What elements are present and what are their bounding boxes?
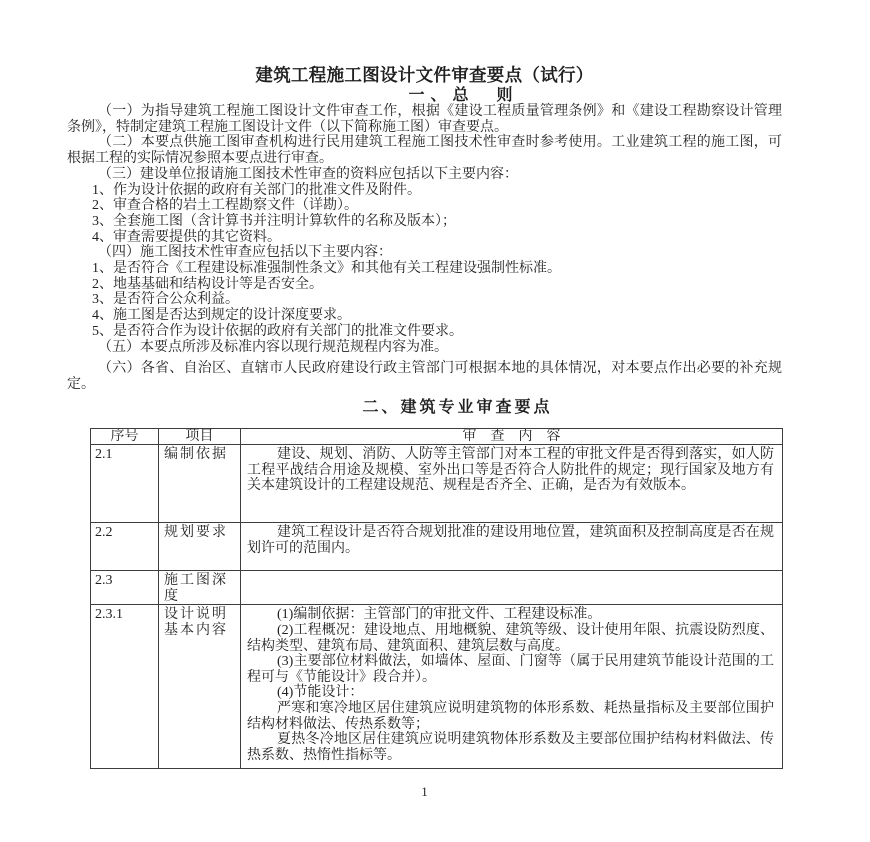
list-item-1: 1、作为设计依据的政府有关部门的批准文件及附件。 [67,183,782,199]
list-item-8: 4、施工图是否达到规定的设计深度要求。 [67,308,782,324]
list-item-4: 4、审查需要提供的其它资料。 [67,230,782,246]
paragraph-1: （一）为指导建筑工程施工图设计文件审查工作，根据《建设工程质量管理条例》和《建设… [67,104,782,135]
list-item-2: 2、审查合格的岩土工程勘察文件（详勘）。 [67,198,782,214]
content-paragraph: (4)节能设计： [247,685,774,701]
row-content-cell: 建设、规划、消防、人防等主管部门对本工程的审批文件是否得到落实，如人防工程平战结… [241,445,783,523]
document-page: 建筑工程施工图设计文件审查要点（试行） 一、总 则 （一）为指导建筑工程施工图设… [0,0,870,842]
table-row: 2.1 编制依据 建设、规划、消防、人防等主管部门对本工程的审批文件是否得到落实… [91,445,783,523]
list-item-6: 2、地基基础和结构设计等是否安全。 [67,277,782,293]
row-no-cell: 2.3 [91,571,159,605]
row-no-cell: 2.3.1 [91,605,159,769]
table-row: 2.2 规划要求 建筑工程设计是否符合规划批准的建设用地位置，建筑面积及控制高度… [91,523,783,571]
content-paragraph: 夏热冬冷地区居住建筑应说明建筑物体形系数及主要部位围护结构材料做法、传热系数、热… [247,732,774,763]
table-row: 2.3 施工图深度 [91,571,783,605]
content-paragraph: 建设、规划、消防、人防等主管部门对本工程的审批文件是否得到落实，如人防工程平战结… [247,447,774,494]
row-item-cell: 编制依据 [159,445,241,523]
list-item-5: 1、是否符合《工程建设标准强制性条文》和其他有关工程建设强制性标准。 [67,261,782,277]
paragraph-6: （六）各省、自治区、直辖市人民政府建设行政主管部门可根据本地的具体情况，对本要点… [67,361,782,392]
content-paragraph: (3)主要部位材料做法，如墙体、屋面、门窗等（属于民用建筑节能设计范围的工程可与… [247,654,774,685]
table-header-row: 序号 项目 审 查 内 容 [91,428,783,445]
paragraph-5: （五）本要点所涉及标准内容以现行规范规程内容为准。 [67,340,782,356]
page-number: 1 [67,784,782,799]
paragraph-3: （三）建设单位报请施工图技术性审查的资料应包括以下主要内容： [67,167,782,183]
section-heading-general: 一、总 则 [106,87,821,104]
table-row: 2.3.1 设计说明基本内容 (1)编制依据：主管部门的审批文件、工程建设标准。… [91,605,783,769]
row-content-cell-empty [241,571,783,605]
content-paragraph: (1)编制依据：主管部门的审批文件、工程建设标准。 [247,607,774,623]
content-paragraph: (2)工程概况：建设地点、用地概貌、建筑等级、设计使用年限、抗震设防烈度、结构类… [247,623,774,654]
row-content-cell: 建筑工程设计是否符合规划批准的建设用地位置，建筑面积及控制高度是否在规划许可的范… [241,523,783,571]
document-content: 建筑工程施工图设计文件审查要点（试行） 一、总 则 （一）为指导建筑工程施工图设… [0,0,870,799]
header-cell-item: 项目 [159,428,241,445]
list-item-7: 3、是否符合公众利益。 [67,292,782,308]
content-paragraph: 建筑工程设计是否符合规划批准的建设用地位置，建筑面积及控制高度是否在规划许可的范… [247,525,774,556]
paragraph-2: （二）本要点供施工图审查机构进行民用建筑工程施工图技术性审查时参考使用。工业建筑… [67,135,782,166]
row-no-cell: 2.1 [91,445,159,523]
header-cell-content: 审 查 内 容 [241,428,783,445]
section-heading-architecture: 二、建筑专业审查要点 [100,400,815,416]
row-content-cell: (1)编制依据：主管部门的审批文件、工程建设标准。 (2)工程概况：建设地点、用… [241,605,783,769]
paragraph-4: （四）施工图技术性审查应包括以下主要内容： [67,245,782,261]
row-item-cell: 施工图深度 [159,571,241,605]
row-item-cell: 设计说明基本内容 [159,605,241,769]
row-no-cell: 2.2 [91,523,159,571]
list-item-3: 3、全套施工图（含计算书并注明计算软件的名称及版本）； [67,214,782,230]
review-points-table: 序号 项目 审 查 内 容 2.1 编制依据 建设、规划、消防、人防等主管部门对… [90,428,783,770]
document-title: 建筑工程施工图设计文件审查要点（试行） [67,64,782,86]
row-item-cell: 规划要求 [159,523,241,571]
header-cell-no: 序号 [91,428,159,445]
content-paragraph: 严寒和寒冷地区居住建筑应说明建筑物的体形系数、耗热量指标及主要部位围护结构材料做… [247,701,774,732]
list-item-9: 5、是否符合作为设计依据的政府有关部门的批准文件要求。 [67,324,782,340]
